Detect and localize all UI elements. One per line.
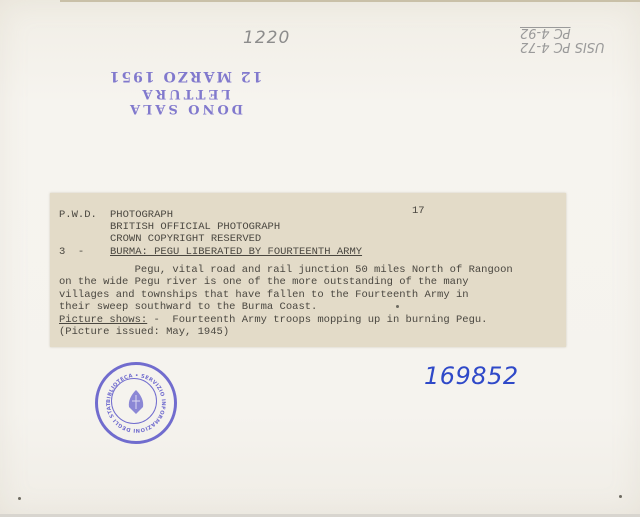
caption-body-line: villages and townships that have fallen …	[59, 289, 559, 301]
pencil-annotation-reference: USIS PC 4-72 PC 4-92	[520, 25, 605, 53]
paper-speck	[619, 495, 622, 498]
caption-header-line-2: BRITISH OFFICIAL PHOTOGRAPH	[110, 221, 280, 233]
photo-back-sheet: 1220 USIS PC 4-72 PC 4-92 DONO SALA LETT…	[0, 0, 640, 517]
reading-room-date-stamp: DONO SALA LETTURA 12 MARZO 1951	[80, 68, 290, 116]
date-stamp-line-1: DONO SALA LETTURA	[80, 86, 290, 116]
picture-issued-line: (Picture issued: May, 1945)	[59, 326, 559, 338]
picture-shows-line: Picture shows: - Fourteenth Army troops …	[59, 314, 559, 326]
caption-body: Pegu, vital road and rail junction 50 mi…	[59, 264, 559, 338]
blue-ink-catalog-number: 169852	[424, 362, 519, 390]
caption-prefix: P.W.D.	[59, 209, 97, 221]
pencil-annotation-1220: 1220	[243, 28, 290, 48]
paper-speck	[396, 305, 399, 308]
caption-title: BURMA: PEGU LIBERATED BY FOURTEENTH ARMY	[110, 246, 362, 258]
paper-speck	[18, 497, 21, 500]
picture-shows-text: - Fourteenth Army troops mopping up in b…	[147, 314, 487, 326]
library-circle-stamp: BIBLIOTECA • SERVIZIO INFORMAZIONI DEGLI…	[95, 362, 177, 444]
caption-slip: P.W.D. PHOTOGRAPH BRITISH OFFICIAL PHOTO…	[50, 193, 566, 347]
caption-header-line-3: CROWN COPYRIGHT RESERVED	[110, 233, 261, 245]
pencil-ref-line-1: USIS PC 4-72	[520, 39, 605, 53]
picture-shows-label: Picture shows:	[59, 314, 147, 326]
pencil-ref-line-2: PC 4-92	[520, 25, 605, 39]
caption-body-line: Pegu, vital road and rail junction 50 mi…	[59, 264, 559, 276]
date-stamp-line-2: 12 MARZO 1951	[80, 68, 290, 84]
sheet-top-edge	[60, 0, 640, 2]
caption-header-line-1: PHOTOGRAPH	[110, 209, 173, 221]
torch-emblem-icon	[127, 389, 145, 415]
caption-body-line: on the wide Pegu river is one of the mor…	[59, 276, 559, 288]
caption-number-right: 17	[412, 205, 425, 217]
caption-body-line: their sweep southward to the Burma Coast…	[59, 301, 559, 313]
caption-item-number: 3 -	[59, 246, 84, 258]
